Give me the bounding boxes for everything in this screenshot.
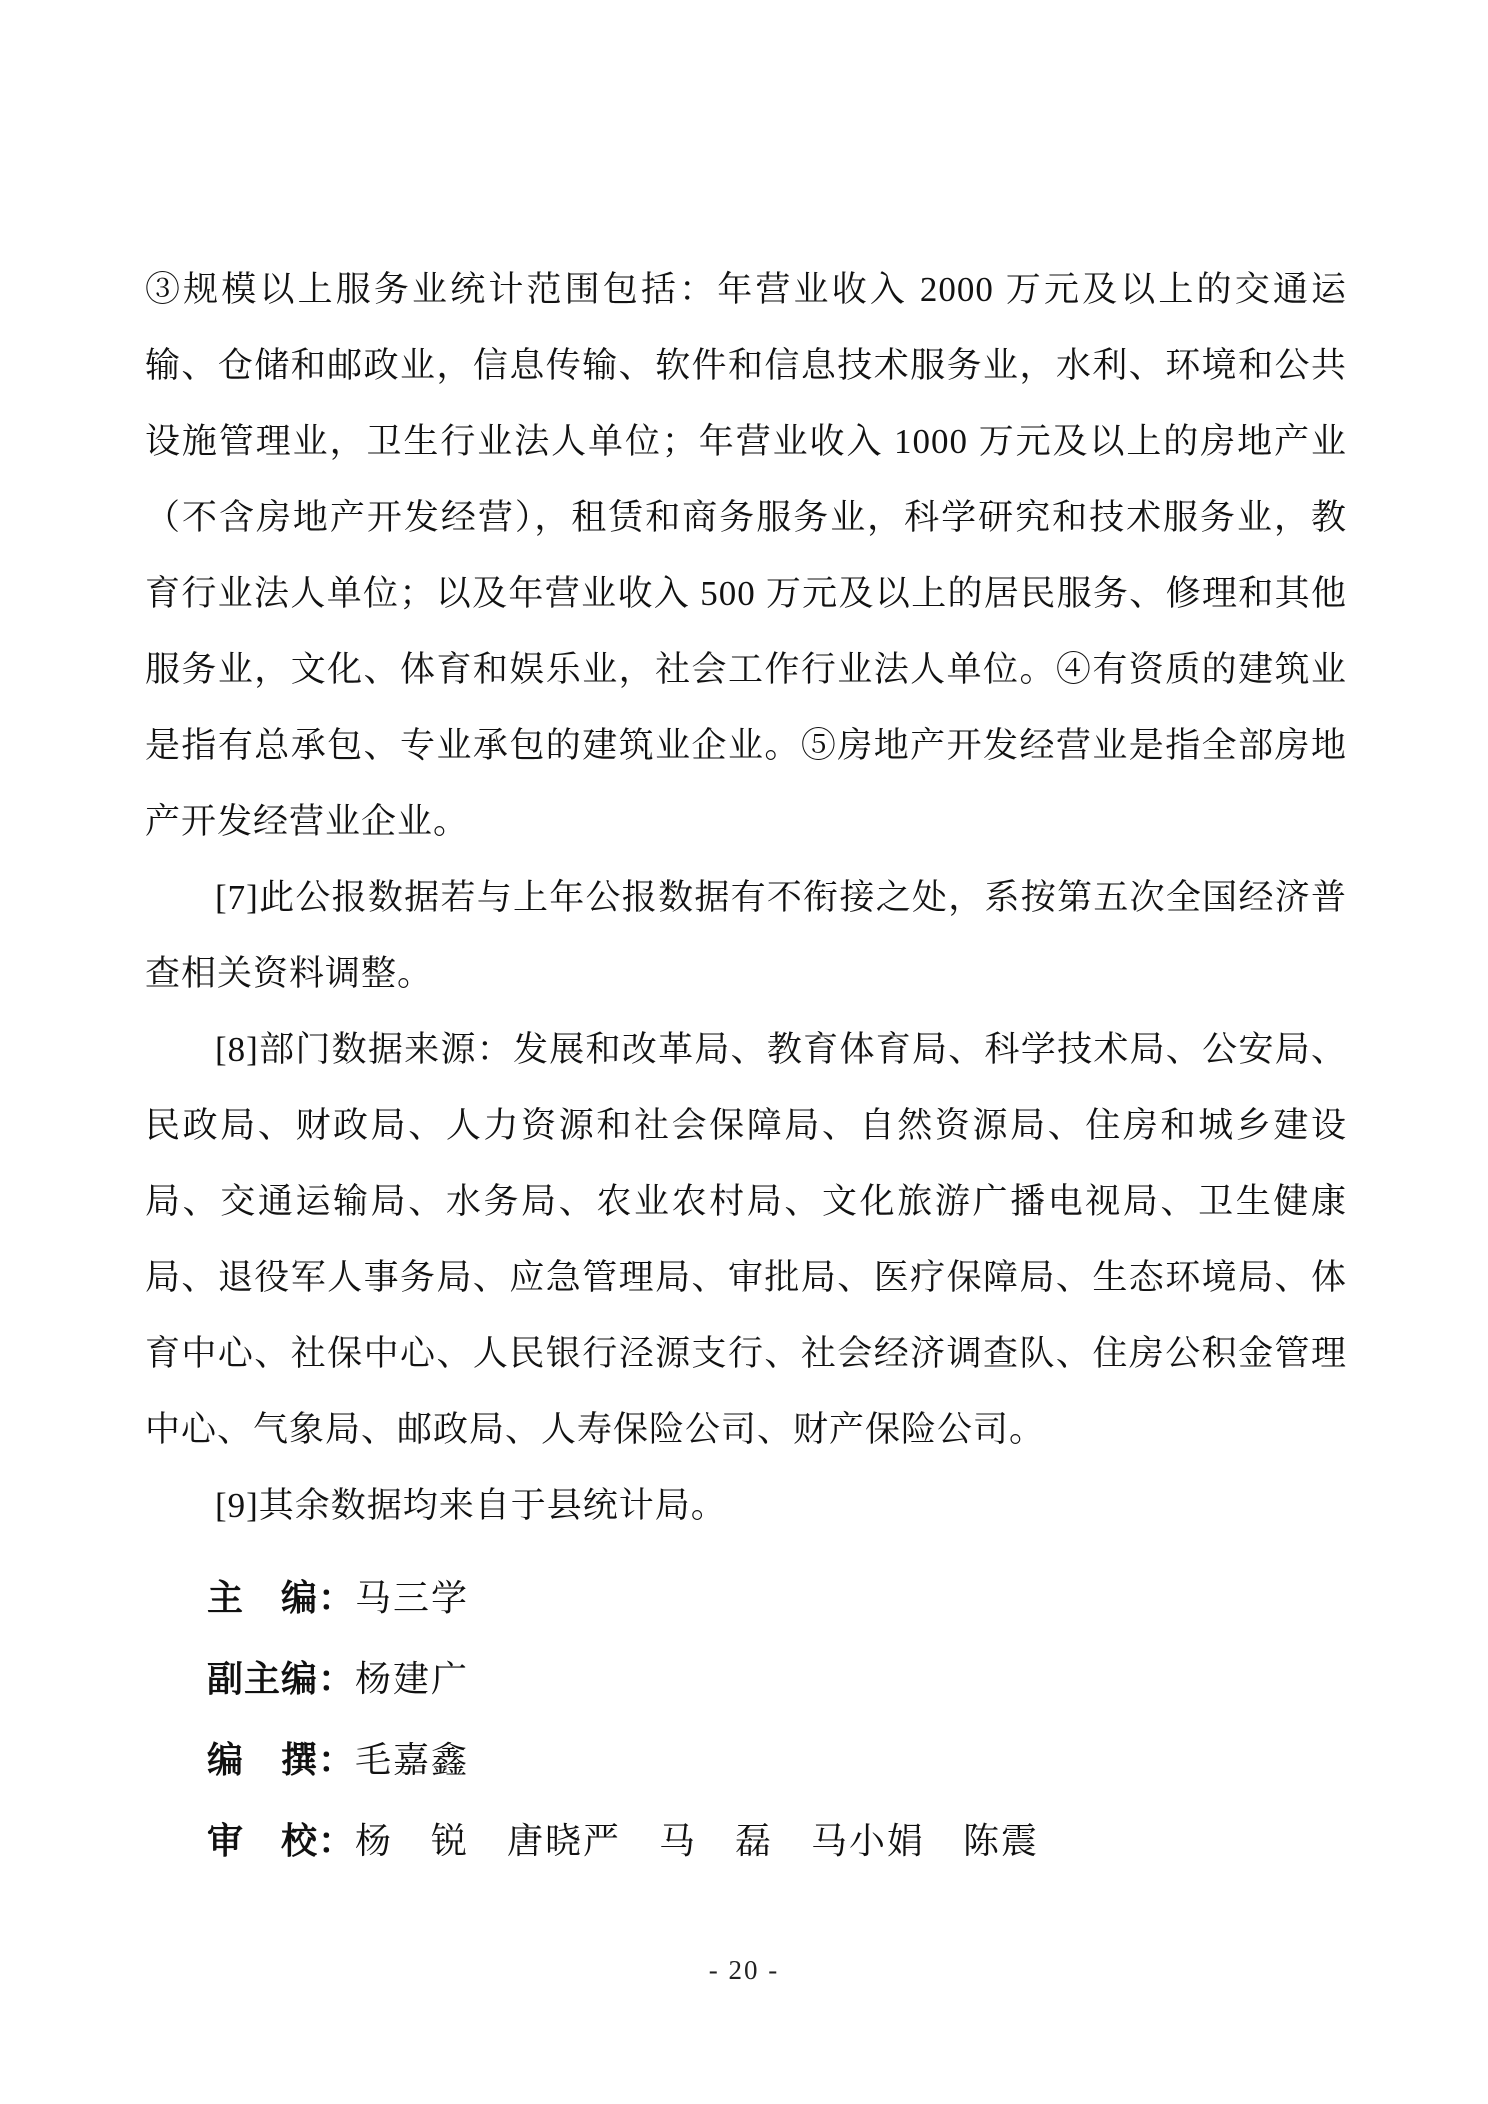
credit-line-deputy-editor: 副主编：杨建广 [207, 1639, 1347, 1720]
credit-value-deputy-editor: 杨建广 [355, 1659, 469, 1699]
credit-label-deputy-editor: 副主编： [207, 1659, 355, 1699]
footnote-paragraph-8: [8]部门数据来源：发展和改革局、教育体育局、科学技术局、公安局、民政局、财政局… [145, 1012, 1347, 1468]
credit-label-chief-editor: 主 编： [207, 1578, 355, 1618]
credit-value-compiler: 毛嘉鑫 [355, 1740, 469, 1780]
credit-value-proofreaders: 杨 锐 唐晓严 马 磊 马小娟 陈震 [355, 1821, 1039, 1861]
credit-line-chief-editor: 主 编：马三学 [207, 1558, 1347, 1639]
footnote-paragraph-7: [7]此公报数据若与上年公报数据有不衔接之处，系按第五次全国经济普查相关资料调整… [145, 860, 1347, 1012]
document-page: ③规模以上服务业统计范围包括：年营业收入 2000 万元及以上的交通运输、仓储和… [0, 0, 1488, 2104]
credit-label-proofreaders: 审 校： [207, 1821, 355, 1861]
credit-label-compiler: 编 撰： [207, 1740, 355, 1780]
credit-value-chief-editor: 马三学 [355, 1578, 469, 1618]
page-number: - 20 - [0, 1955, 1488, 1986]
credit-line-proofreaders: 审 校：杨 锐 唐晓严 马 磊 马小娟 陈震 [207, 1801, 1347, 1882]
footnote-paragraph-services-scope: ③规模以上服务业统计范围包括：年营业收入 2000 万元及以上的交通运输、仓储和… [145, 252, 1347, 860]
footnote-paragraph-9: [9]其余数据均来自于县统计局。 [145, 1468, 1347, 1544]
credits-block: 主 编：马三学 副主编：杨建广 编 撰：毛嘉鑫 审 校：杨 锐 唐晓严 马 磊 … [207, 1558, 1347, 1882]
credit-line-compiler: 编 撰：毛嘉鑫 [207, 1720, 1347, 1801]
text-block: ③规模以上服务业统计范围包括：年营业收入 2000 万元及以上的交通运输、仓储和… [145, 252, 1347, 1882]
